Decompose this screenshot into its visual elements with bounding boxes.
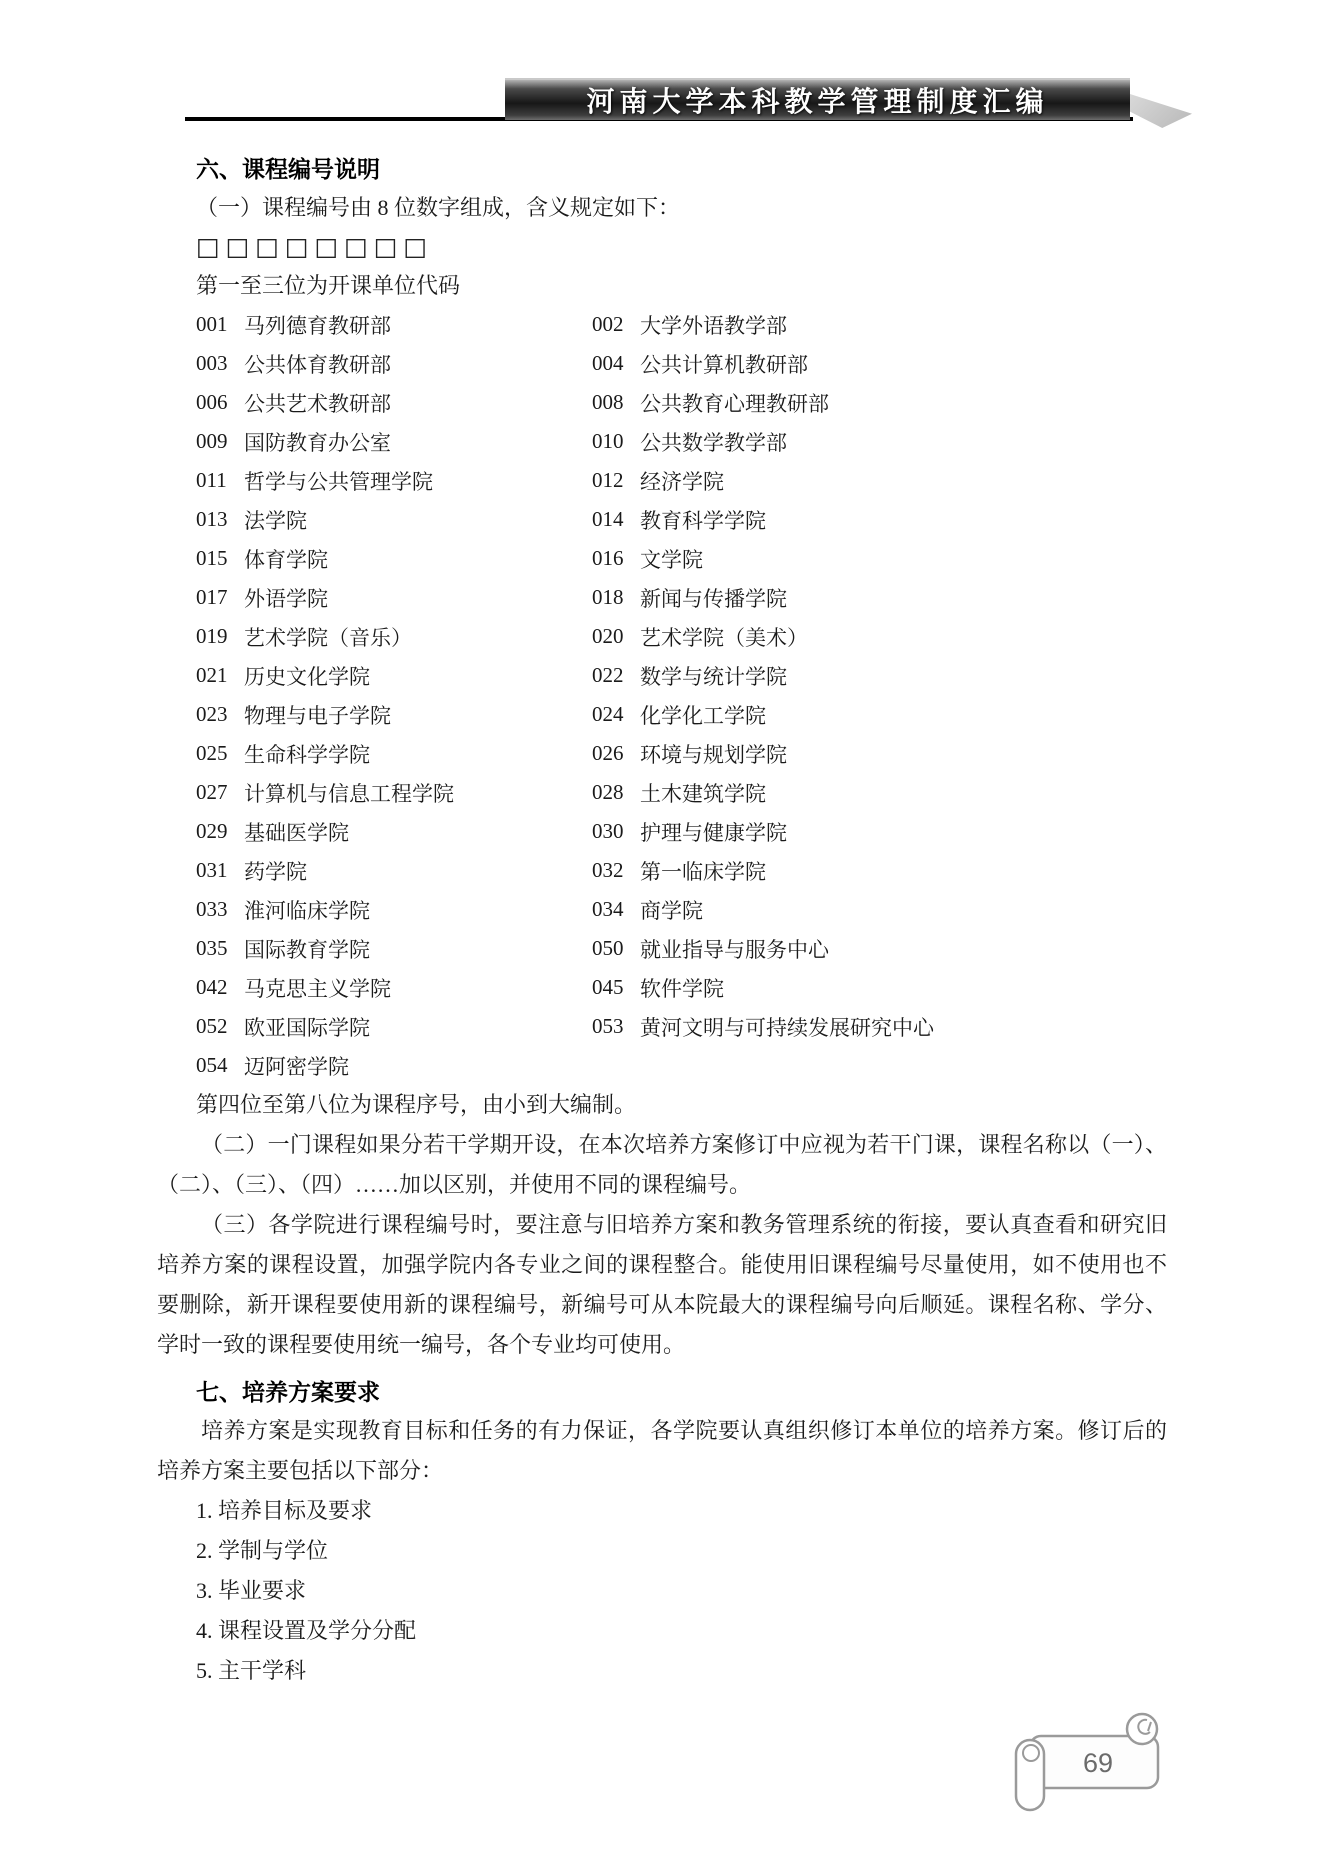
unit-name-right: 数学与统计学院 (640, 661, 1167, 691)
unit-code-row: 025 生命科学学院 026 环境与规划学院 (157, 734, 1167, 773)
unit-name-left: 马克思主义学院 (244, 973, 592, 1003)
unit-code-left: 019 (196, 624, 244, 649)
unit-code-right: 018 (592, 585, 640, 610)
unit-code-right: 012 (592, 468, 640, 493)
unit-name-right: 经济学院 (640, 466, 1167, 496)
unit-code-left: 035 (196, 936, 244, 961)
unit-code-row: 054 迈阿密学院 (157, 1046, 1167, 1085)
unit-code-label: 第一至三位为开课单位代码 (157, 266, 1167, 305)
section-six-para-three: （三）各学院进行课程编号时，要注意与旧培养方案和教务管理系统的衔接，要认真查看和… (157, 1205, 1167, 1365)
requirement-list: 1. 培养目标及要求2. 学制与学位3. 毕业要求4. 课程设置及学分分配5. … (157, 1491, 1167, 1691)
unit-code-table: 001 马列德育教研部 002 大学外语教学部 003 公共体育教研部 004 … (157, 305, 1167, 1085)
unit-code-row: 035 国际教育学院 050 就业指导与服务中心 (157, 929, 1167, 968)
unit-name-left: 公共艺术教研部 (244, 388, 592, 418)
unit-code-row: 033 淮河临床学院 034 商学院 (157, 890, 1167, 929)
unit-name-right: 公共计算机教研部 (640, 349, 1167, 379)
unit-code-row: 017 外语学院 018 新闻与传播学院 (157, 578, 1167, 617)
unit-code-row: 003 公共体育教研部 004 公共计算机教研部 (157, 344, 1167, 383)
unit-name-right: 环境与规划学院 (640, 739, 1167, 769)
unit-name-right: 化学化工学院 (640, 700, 1167, 730)
unit-name-left: 生命科学学院 (244, 739, 592, 769)
unit-code-right: 053 (592, 1014, 640, 1039)
unit-code-left: 015 (196, 546, 244, 571)
banner-ribbon-tail-icon (1130, 94, 1192, 128)
unit-name-left: 公共体育教研部 (244, 349, 592, 379)
unit-name-right: 文学院 (640, 544, 1167, 574)
unit-code-left: 023 (196, 702, 244, 727)
scroll-left-curl (1023, 1745, 1039, 1761)
header-banner-title: 河南大学本科教学管理制度汇编 (586, 80, 1048, 120)
unit-code-left: 025 (196, 741, 244, 766)
section-seven-heading: 七、培养方案要求 (157, 1373, 1167, 1411)
section-six-intro: （一）课程编号由 8 位数字组成，含义规定如下： (157, 188, 1167, 227)
unit-code-right: 030 (592, 819, 640, 844)
unit-code-right: 032 (592, 858, 640, 883)
unit-name-left: 药学院 (244, 856, 592, 886)
unit-code-row: 013 法学院 014 教育科学学院 (157, 500, 1167, 539)
page-scroll-ornament: 69 (1000, 1708, 1175, 1828)
unit-name-right: 黄河文明与可持续发展研究中心 (640, 1012, 1167, 1042)
scroll-right-roll (1127, 1714, 1157, 1744)
unit-code-left: 054 (196, 1053, 244, 1078)
unit-name-left: 体育学院 (244, 544, 592, 574)
unit-code-right: 050 (592, 936, 640, 961)
unit-code-left: 031 (196, 858, 244, 883)
unit-code-left: 009 (196, 429, 244, 454)
unit-code-row: 006 公共艺术教研部 008 公共教育心理教研部 (157, 383, 1167, 422)
unit-code-row: 015 体育学院 016 文学院 (157, 539, 1167, 578)
unit-code-right: 024 (592, 702, 640, 727)
unit-code-left: 021 (196, 663, 244, 688)
unit-name-right: 公共数学教学部 (640, 427, 1167, 457)
unit-name-left: 基础医学院 (244, 817, 592, 847)
unit-code-left: 013 (196, 507, 244, 532)
section-seven-para: 培养方案是实现教育目标和任务的有力保证，各学院要认真组织修订本单位的培养方案。修… (157, 1411, 1167, 1491)
section-six-para-two: （二）一门课程如果分若干学期开设，在本次培养方案修订中应视为若干门课，课程名称以… (157, 1125, 1167, 1205)
unit-code-left: 029 (196, 819, 244, 844)
unit-name-left: 欧亚国际学院 (244, 1012, 592, 1042)
unit-code-right: 016 (592, 546, 640, 571)
unit-code-row: 031 药学院 032 第一临床学院 (157, 851, 1167, 890)
digit-boxes: □□□□□□□□ (157, 227, 1167, 266)
unit-code-right: 022 (592, 663, 640, 688)
unit-code-row: 023 物理与电子学院 024 化学化工学院 (157, 695, 1167, 734)
unit-code-right: 020 (592, 624, 640, 649)
unit-code-left: 027 (196, 780, 244, 805)
header-banner: 河南大学本科教学管理制度汇编 (505, 78, 1130, 120)
unit-name-left: 淮河临床学院 (244, 895, 592, 925)
document-content: 六、课程编号说明 （一）课程编号由 8 位数字组成，含义规定如下： □□□□□□… (157, 150, 1167, 1691)
unit-code-row: 029 基础医学院 030 护理与健康学院 (157, 812, 1167, 851)
unit-name-left: 哲学与公共管理学院 (244, 466, 592, 496)
serial-number-note: 第四位至第八位为课程序号，由小到大编制。 (157, 1085, 1167, 1125)
unit-code-right: 026 (592, 741, 640, 766)
unit-code-left: 003 (196, 351, 244, 376)
unit-name-left: 物理与电子学院 (244, 700, 592, 730)
unit-name-right: 教育科学学院 (640, 505, 1167, 535)
unit-name-left: 国防教育办公室 (244, 427, 592, 457)
unit-name-right: 新闻与传播学院 (640, 583, 1167, 613)
unit-code-left: 011 (196, 468, 244, 493)
unit-name-left: 迈阿密学院 (244, 1051, 592, 1081)
unit-code-row: 019 艺术学院（音乐） 020 艺术学院（美术） (157, 617, 1167, 656)
unit-code-left: 001 (196, 312, 244, 337)
unit-code-row: 052 欧亚国际学院 053 黄河文明与可持续发展研究中心 (157, 1007, 1167, 1046)
unit-name-left: 计算机与信息工程学院 (244, 778, 592, 808)
unit-name-right: 艺术学院（美术） (640, 622, 1167, 652)
unit-name-left: 艺术学院（音乐） (244, 622, 592, 652)
unit-code-left: 033 (196, 897, 244, 922)
list-item: 2. 学制与学位 (157, 1531, 1167, 1571)
unit-name-right: 公共教育心理教研部 (640, 388, 1167, 418)
list-item: 5. 主干学科 (157, 1651, 1167, 1691)
unit-code-left: 052 (196, 1014, 244, 1039)
unit-code-right: 010 (592, 429, 640, 454)
unit-code-right: 004 (592, 351, 640, 376)
unit-name-right: 商学院 (640, 895, 1167, 925)
unit-code-left: 017 (196, 585, 244, 610)
list-item: 4. 课程设置及学分分配 (157, 1611, 1167, 1651)
unit-code-row: 042 马克思主义学院 045 软件学院 (157, 968, 1167, 1007)
document-page: 河南大学本科教学管理制度汇编 六、课程编号说明 （一）课程编号由 8 位数字组成… (0, 0, 1323, 1871)
unit-name-left: 马列德育教研部 (244, 310, 592, 340)
section-six-heading: 六、课程编号说明 (157, 150, 1167, 188)
unit-name-right: 大学外语教学部 (640, 310, 1167, 340)
unit-name-right: 就业指导与服务中心 (640, 934, 1167, 964)
unit-name-right: 护理与健康学院 (640, 817, 1167, 847)
unit-code-right: 034 (592, 897, 640, 922)
list-item: 3. 毕业要求 (157, 1571, 1167, 1611)
unit-name-left: 外语学院 (244, 583, 592, 613)
unit-code-left: 042 (196, 975, 244, 1000)
unit-code-right: 002 (592, 312, 640, 337)
unit-code-right: 028 (592, 780, 640, 805)
unit-code-right: 014 (592, 507, 640, 532)
unit-code-row: 009 国防教育办公室 010 公共数学教学部 (157, 422, 1167, 461)
unit-name-right: 第一临床学院 (640, 856, 1167, 886)
unit-name-right: 土木建筑学院 (640, 778, 1167, 808)
unit-code-row: 027 计算机与信息工程学院 028 土木建筑学院 (157, 773, 1167, 812)
unit-name-right: 软件学院 (640, 973, 1167, 1003)
unit-code-left: 006 (196, 390, 244, 415)
unit-code-right: 045 (592, 975, 640, 1000)
page-number: 69 (1083, 1748, 1113, 1778)
unit-name-left: 法学院 (244, 505, 592, 535)
unit-code-row: 011 哲学与公共管理学院 012 经济学院 (157, 461, 1167, 500)
unit-code-right: 008 (592, 390, 640, 415)
unit-name-left: 国际教育学院 (244, 934, 592, 964)
unit-name-left: 历史文化学院 (244, 661, 592, 691)
unit-code-row: 001 马列德育教研部 002 大学外语教学部 (157, 305, 1167, 344)
unit-code-row: 021 历史文化学院 022 数学与统计学院 (157, 656, 1167, 695)
list-item: 1. 培养目标及要求 (157, 1491, 1167, 1531)
